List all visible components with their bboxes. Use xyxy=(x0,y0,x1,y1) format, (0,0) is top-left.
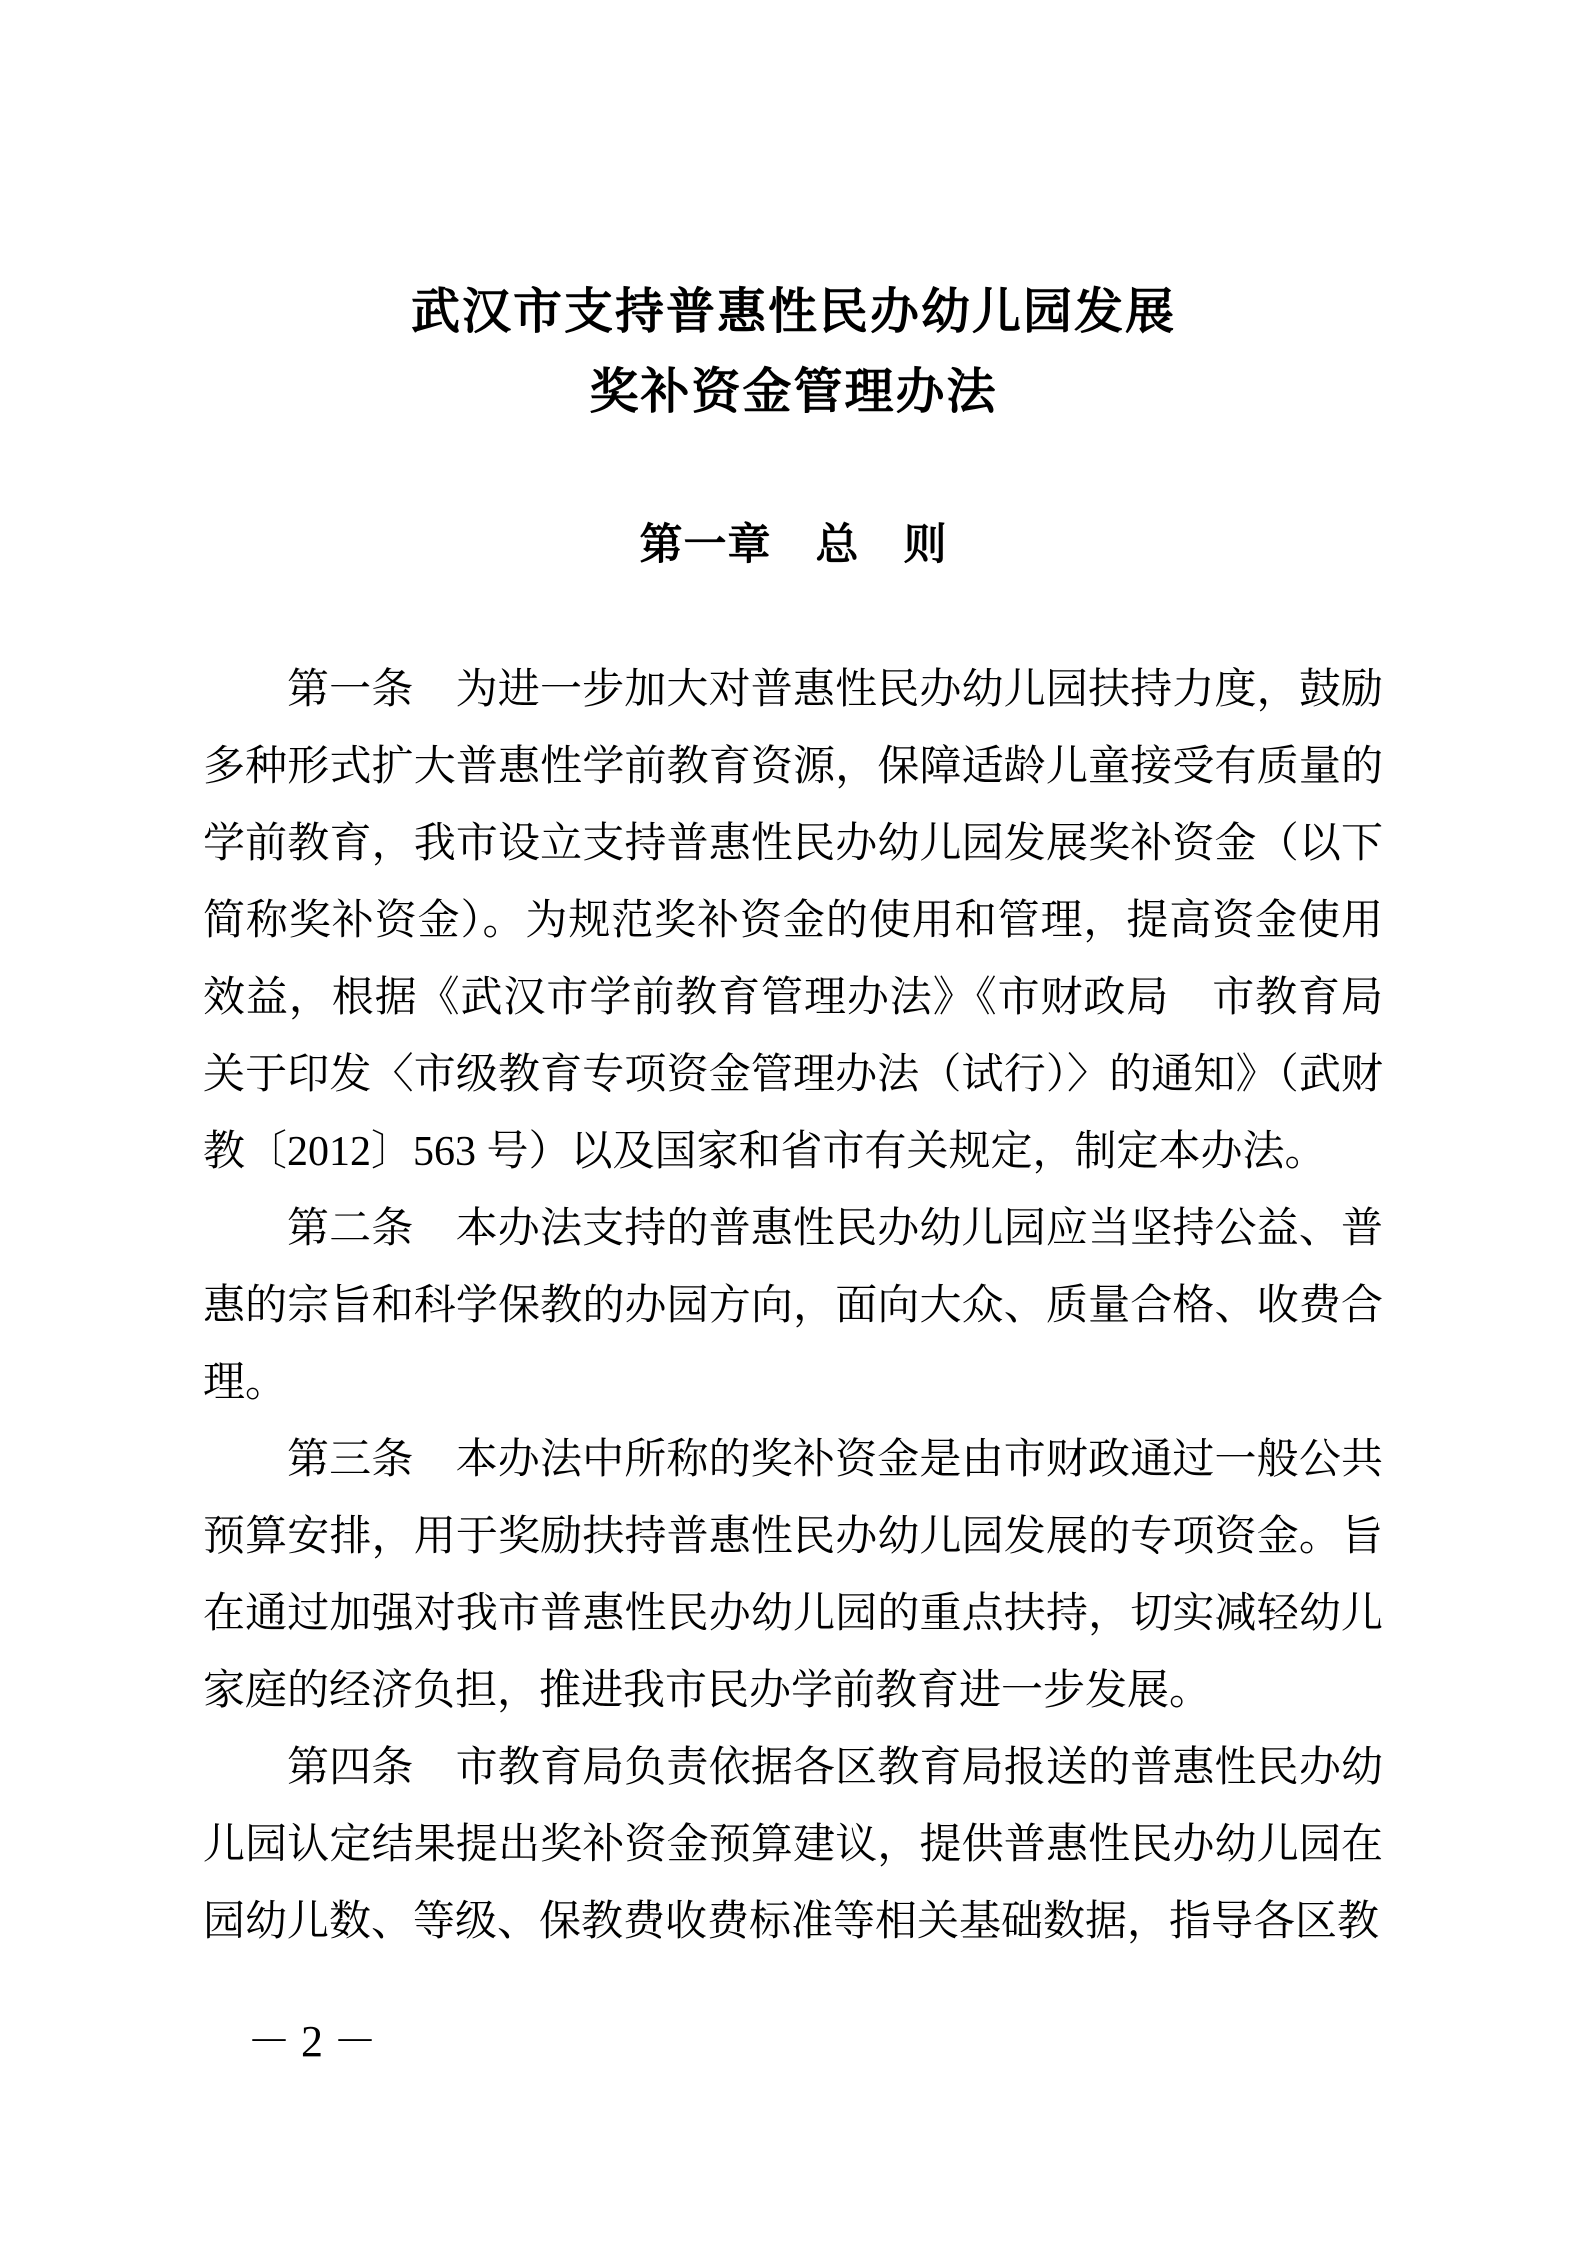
body-paragraph: 第一条 为进一步加大对普惠性民办幼儿园扶持力度，鼓励多种形式扩大普惠性学前教育资… xyxy=(203,652,1383,1191)
body-paragraph: 第二条 本办法支持的普惠性民办幼儿园应当坚持公益、普惠的宗旨和科学保教的办园方向… xyxy=(203,1191,1383,1422)
document-title: 武汉市支持普惠性民办幼儿园发展 奖补资金管理办法 xyxy=(0,272,1587,432)
page-number: －2－ xyxy=(247,2005,387,2069)
document-body: 第一条 为进一步加大对普惠性民办幼儿园扶持力度，鼓励多种形式扩大普惠性学前教育资… xyxy=(203,652,1383,1961)
chapter-heading: 第一章 总 则 xyxy=(0,505,1587,585)
document-page: 武汉市支持普惠性民办幼儿园发展 奖补资金管理办法 第一章 总 则 第一条 为进一… xyxy=(0,0,1587,2245)
document-title-line1: 武汉市支持普惠性民办幼儿园发展 xyxy=(0,272,1587,352)
body-paragraph: 第四条 市教育局负责依据各区教育局报送的普惠性民办幼儿园认定结果提出奖补资金预算… xyxy=(203,1730,1383,1961)
body-paragraph: 第三条 本办法中所称的奖补资金是由市财政通过一般公共预算安排，用于奖励扶持普惠性… xyxy=(203,1422,1383,1730)
document-title-line2: 奖补资金管理办法 xyxy=(0,352,1587,432)
